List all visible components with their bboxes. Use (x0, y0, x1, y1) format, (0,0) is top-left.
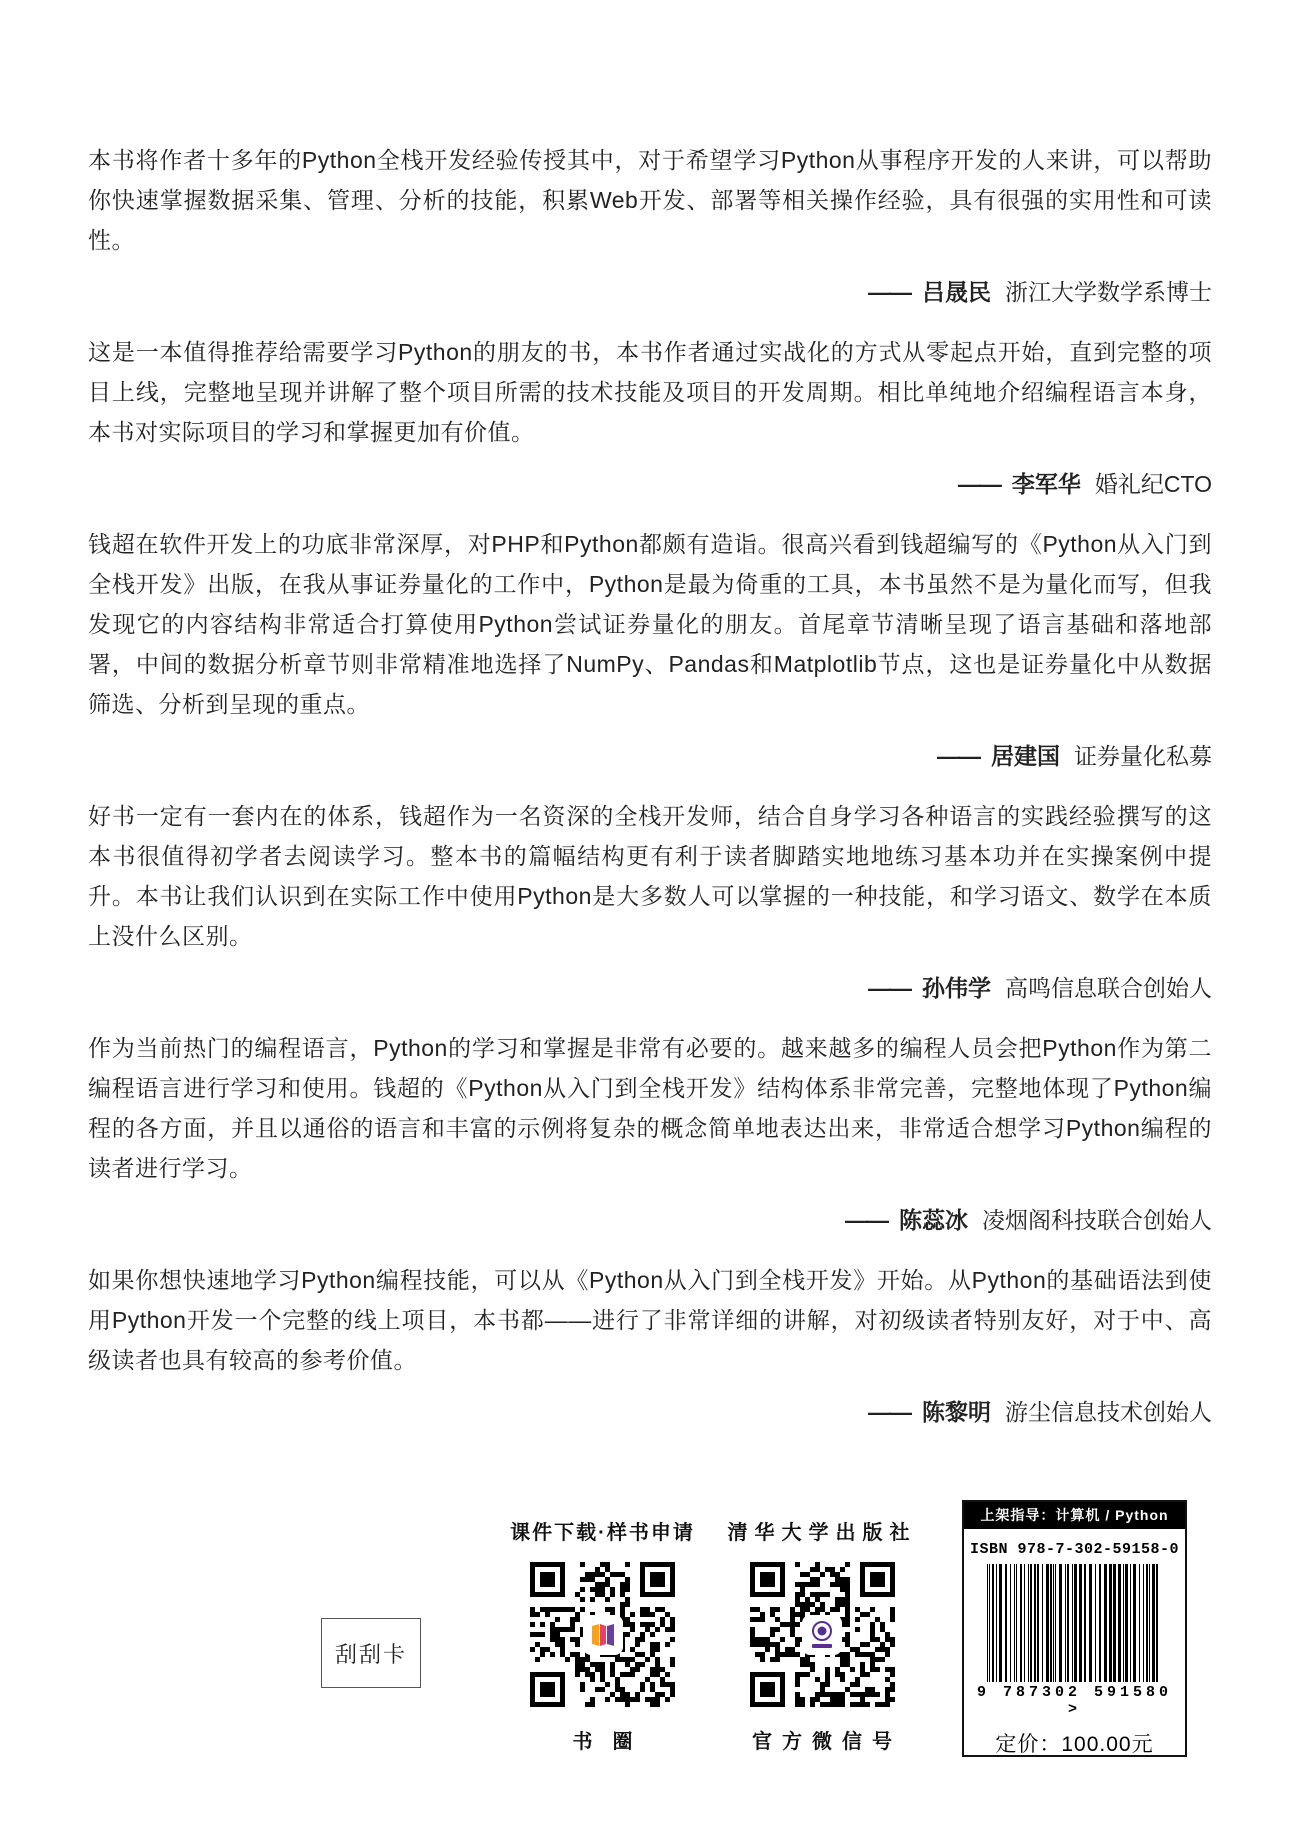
isbn-label: ISBN 978-7-302-59158-0 (964, 1541, 1185, 1558)
qr-bottom-label: 书圈 (505, 1725, 700, 1754)
attribution-dash: —— (937, 736, 979, 776)
testimonial-attribution: —— 陈蕊冰 凌烟阁科技联合创始人 (88, 1200, 1212, 1240)
attribution-name: 吕晟民 (922, 272, 991, 312)
attribution-title: 证券量化私募 (1074, 736, 1212, 776)
attribution-name: 孙伟学 (922, 968, 991, 1008)
testimonial-attribution: —— 李军华 婚礼纪CTO (88, 464, 1212, 504)
attribution-dash: —— (868, 1392, 910, 1432)
attribution-title: 婚礼纪CTO (1095, 464, 1212, 504)
qr-column-tup: 清华大学出版社 官方微信号 (722, 1520, 922, 1754)
testimonial-attribution: —— 孙伟学 高鸣信息联合创始人 (88, 968, 1212, 1008)
shelf-guide-label: 上架指导：计算机 / Python (964, 1502, 1185, 1529)
testimonial-quote: 这是一本值得推荐给需要学习Python的朋友的书，本书作者通过实战化的方式从零起… (88, 332, 1212, 452)
testimonial-attribution: —— 居建国 证券量化私募 (88, 736, 1212, 776)
attribution-name: 李军华 (1012, 464, 1081, 504)
attribution-dash: —— (958, 464, 1000, 504)
barcode-digits: 9 787302 591580 > (964, 1684, 1185, 1718)
testimonial-quote: 如果你想快速地学习Python编程技能，可以从《Python从入门到全栈开发》开… (88, 1260, 1212, 1380)
tsinghua-seal-icon (804, 1617, 840, 1653)
qr-bottom-label: 官方微信号 (722, 1725, 922, 1754)
barcode-box: 上架指导：计算机 / Python ISBN 978-7-302-59158-0… (962, 1500, 1187, 1757)
barcode-icon (985, 1564, 1165, 1682)
testimonial-attribution: —— 吕晟民 浙江大学数学系博士 (88, 272, 1212, 312)
testimonial-quote: 好书一定有一套内在的体系，钱超作为一名资深的全栈开发师，结合自身学习各种语言的实… (88, 796, 1212, 956)
book-logo-icon (585, 1617, 621, 1653)
scratch-card-box: 刮刮卡 (321, 1618, 421, 1688)
qr-top-label: 课件下载·样书申请 (505, 1520, 700, 1546)
attribution-name: 居建国 (991, 736, 1060, 776)
attribution-title: 游尘信息技术创始人 (1005, 1392, 1212, 1432)
testimonials-column: 本书将作者十多年的Python全栈开发经验传授其中，对于希望学习Python从事… (88, 140, 1212, 1452)
attribution-name: 陈黎明 (922, 1392, 991, 1432)
scratch-card-label: 刮刮卡 (335, 1638, 407, 1669)
price-label: 定价：100.00元 (964, 1728, 1185, 1758)
testimonial-quote: 作为当前热门的编程语言，Python的学习和掌握是非常有必要的。越来越多的编程人… (88, 1028, 1212, 1188)
attribution-title: 高鸣信息联合创始人 (1005, 968, 1212, 1008)
attribution-name: 陈蕊冰 (899, 1200, 968, 1240)
attribution-dash: —— (868, 272, 910, 312)
qr-top-label: 清华大学出版社 (722, 1520, 922, 1546)
testimonial-quote: 钱超在软件开发上的功底非常深厚，对PHP和Python都颇有造诣。很高兴看到钱超… (88, 524, 1212, 724)
attribution-title: 凌烟阁科技联合创始人 (982, 1200, 1212, 1240)
qr-column-shuquan: 课件下载·样书申请 书圈 (505, 1520, 700, 1754)
testimonial-attribution: —— 陈黎明 游尘信息技术创始人 (88, 1392, 1212, 1432)
attribution-dash: —— (845, 1200, 887, 1240)
attribution-title: 浙江大学数学系博士 (1005, 272, 1212, 312)
attribution-dash: —— (868, 968, 910, 1008)
testimonial-quote: 本书将作者十多年的Python全栈开发经验传授其中，对于希望学习Python从事… (88, 140, 1212, 260)
